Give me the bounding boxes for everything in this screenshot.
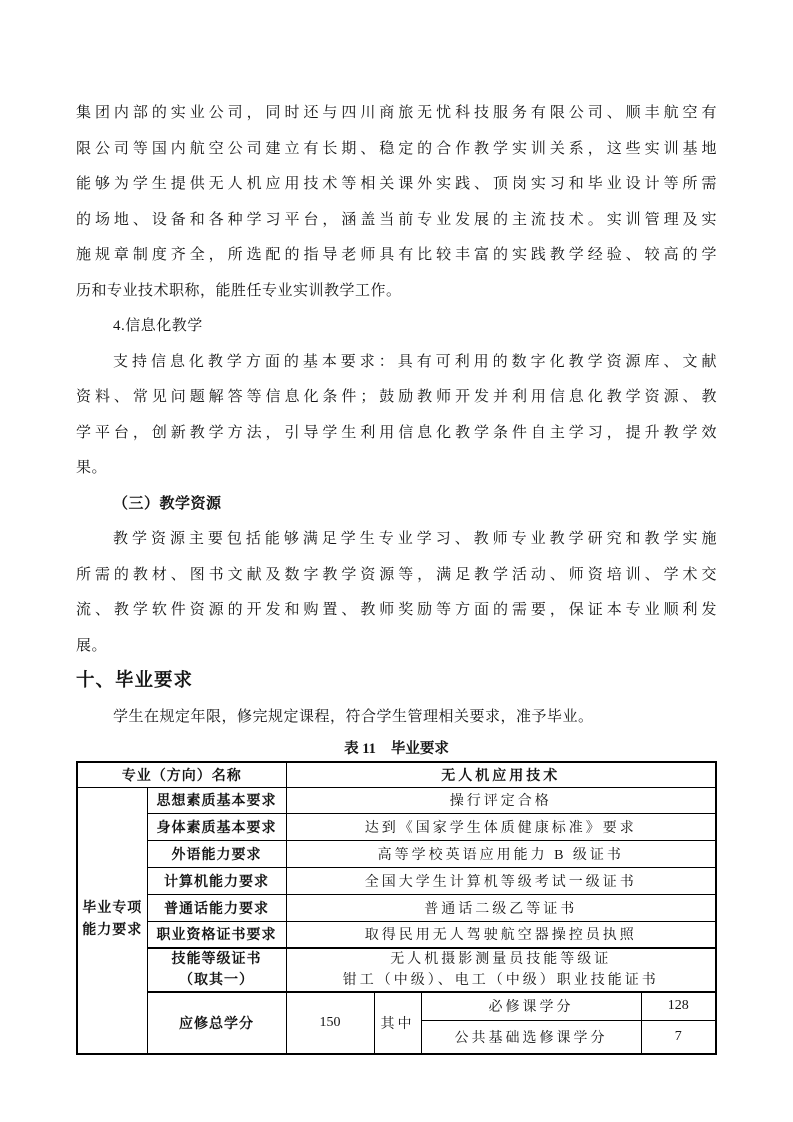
paragraph-line: 资料、常见问题解答等信息化条件；鼓励教师开发并利用信息化教学资源、教 <box>76 380 717 416</box>
table-caption-number: 表 11 <box>344 741 376 757</box>
table-row: 计算机能力要求 全国大学生计算机等级考试一级证书 <box>77 867 716 894</box>
table-row: 身体素质基本要求 达到《国家学生体质健康标准》要求 <box>77 813 716 840</box>
credits-qualifier-cell: 其中 <box>374 992 421 1054</box>
graduation-requirements-table: 专业（方向）名称 无人机应用技术 毕业专项 能力要求 思想素质基本要求 操行评定… <box>76 761 717 1055</box>
paragraph-line: 集团内部的实业公司，同时还与四川商旅无忧科技服务有限公司、顺丰航空有 <box>76 96 717 132</box>
paragraph-informatization: 支持信息化教学方面的基本要求：具有可利用的数字化教学资源库、文献 资料、常见问题… <box>76 345 717 487</box>
requirement-value-cell: 全国大学生计算机等级考试一级证书 <box>286 867 716 894</box>
credits-row: 应修总学分 150 其中 必修课学分 128 <box>77 992 716 1020</box>
requirement-value-cell: 达到《国家学生体质健康标准》要求 <box>286 813 716 840</box>
subsection-heading-informatization: 4.信息化教学 <box>76 309 717 345</box>
requirement-value-cell: 取得民用无人驾驶航空器操控员执照 <box>286 921 716 948</box>
table-caption: 表 11毕业要求 <box>76 739 717 759</box>
requirement-label-cell: 计算机能力要求 <box>147 867 286 894</box>
table-row: 普通话能力要求 普通话二级乙等证书 <box>77 894 716 921</box>
paragraph-graduation: 学生在规定年限，修完规定课程，符合学生管理相关要求，准予毕业。 <box>76 700 717 736</box>
credit-item-value-cell: 7 <box>641 1020 716 1054</box>
requirement-label-cell: 普通话能力要求 <box>147 894 286 921</box>
paragraph-line: 所需的教材、图书文献及数字教学资源等，满足教学活动、师资培训、学术交 <box>76 558 717 594</box>
document-page: 集团内部的实业公司，同时还与四川商旅无忧科技服务有限公司、顺丰航空有 限公司等国… <box>0 0 793 1122</box>
requirement-label-cell: 技能等级证书 （取其一） <box>147 948 286 992</box>
paragraph-line: 支持信息化教学方面的基本要求：具有可利用的数字化教学资源库、文献 <box>76 345 717 381</box>
subsection-heading-resources: （三）教学资源 <box>76 487 717 523</box>
paragraph-line: 学平台，创新教学方法，引导学生利用信息化教学条件自主学习，提升教学效 <box>76 416 717 452</box>
credit-item-label-cell: 必修课学分 <box>421 992 641 1020</box>
paragraph-line: 施规章制度齐全，所选配的指导老师具有比较丰富的实践教学经验、较高的学 <box>76 238 717 274</box>
paragraph-line: 果。 <box>76 451 717 487</box>
page-content: 集团内部的实业公司，同时还与四川商旅无忧科技服务有限公司、顺丰航空有 限公司等国… <box>76 96 717 1055</box>
group-label-cell: 毕业专项 能力要求 <box>77 787 147 1054</box>
requirement-label-cell: 思想素质基本要求 <box>147 787 286 813</box>
credit-item-value-cell: 128 <box>641 992 716 1020</box>
table-row: 技能等级证书 （取其一） 无人机摄影测量员技能等级证 钳工（中级）、电工（中级）… <box>77 948 716 992</box>
requirement-label-cell: 外语能力要求 <box>147 840 286 867</box>
requirement-value-cell: 普通话二级乙等证书 <box>286 894 716 921</box>
requirement-value-cell: 高等学校英语应用能力 B 级证书 <box>286 840 716 867</box>
paragraph-line: 能够为学生提供无人机应用技术等相关课外实践、顶岗实习和毕业设计等所需 <box>76 167 717 203</box>
requirement-value-cell: 无人机摄影测量员技能等级证 钳工（中级）、电工（中级）职业技能证书 <box>286 948 716 992</box>
section-heading-graduation: 十、毕业要求 <box>76 664 717 700</box>
table-row: 职业资格证书要求 取得民用无人驾驶航空器操控员执照 <box>77 921 716 948</box>
paragraph-resources: 教学资源主要包括能够满足学生专业学习、教师专业教学研究和教学实施 所需的教材、图… <box>76 522 717 664</box>
requirement-label-cell: 身体素质基本要求 <box>147 813 286 840</box>
credits-label-cell: 应修总学分 <box>147 992 286 1054</box>
paragraph-line: 限公司等国内航空公司建立有长期、稳定的合作教学实训关系，这些实训基地 <box>76 132 717 168</box>
table-header-label-cell: 专业（方向）名称 <box>77 762 286 787</box>
credit-item-label-cell: 公共基础选修课学分 <box>421 1020 641 1054</box>
paragraph-line: 历和专业技术职称，能胜任专业实训教学工作。 <box>76 274 717 310</box>
paragraph-line: 教学资源主要包括能够满足学生专业学习、教师专业教学研究和教学实施 <box>76 522 717 558</box>
paragraph-training-bases: 集团内部的实业公司，同时还与四川商旅无忧科技服务有限公司、顺丰航空有 限公司等国… <box>76 96 717 309</box>
paragraph-line: 展。 <box>76 629 717 665</box>
table-header-row: 专业（方向）名称 无人机应用技术 <box>77 762 716 787</box>
paragraph-line: 的场地、设备和各种学习平台，涵盖当前专业发展的主流技术。实训管理及实 <box>76 203 717 239</box>
table-row: 外语能力要求 高等学校英语应用能力 B 级证书 <box>77 840 716 867</box>
paragraph-line: 流、教学软件资源的开发和购置、教师奖励等方面的需要，保证本专业顺利发 <box>76 593 717 629</box>
requirement-label-cell: 职业资格证书要求 <box>147 921 286 948</box>
requirement-value-cell: 操行评定合格 <box>286 787 716 813</box>
table-row: 毕业专项 能力要求 思想素质基本要求 操行评定合格 <box>77 787 716 813</box>
table-header-value-cell: 无人机应用技术 <box>286 762 716 787</box>
table-caption-title: 毕业要求 <box>391 741 449 757</box>
credits-total-cell: 150 <box>286 992 374 1054</box>
